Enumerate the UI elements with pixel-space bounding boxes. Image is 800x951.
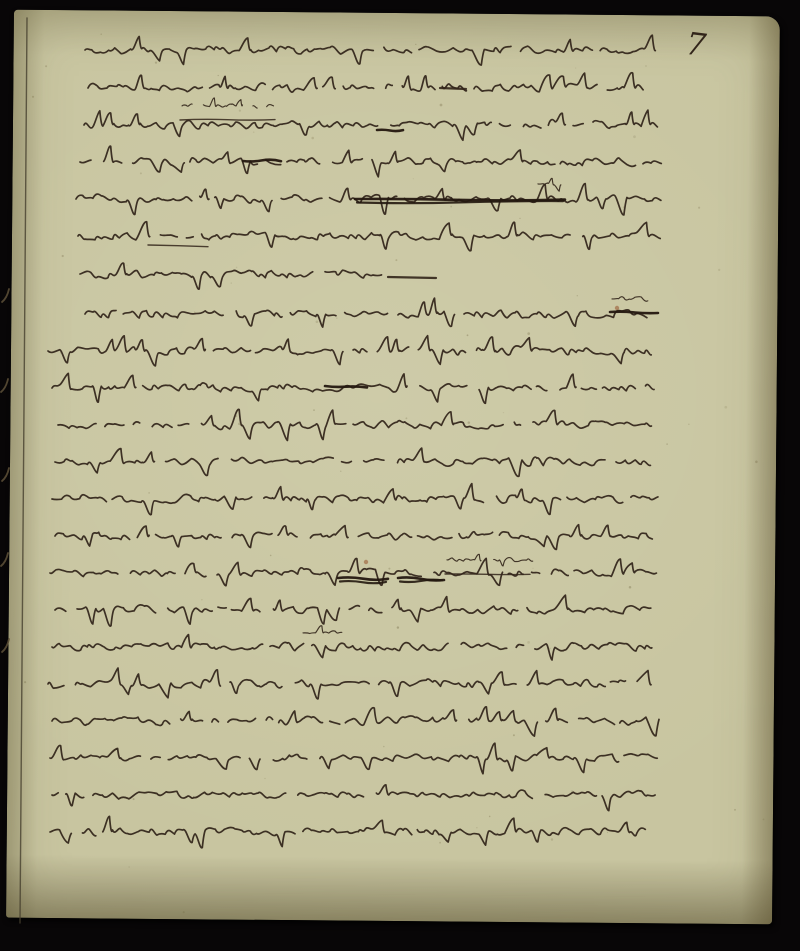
page-number: 7	[684, 29, 707, 62]
handwriting-layer	[0, 0, 800, 951]
scanned-manuscript-photo: 7	[0, 0, 800, 951]
